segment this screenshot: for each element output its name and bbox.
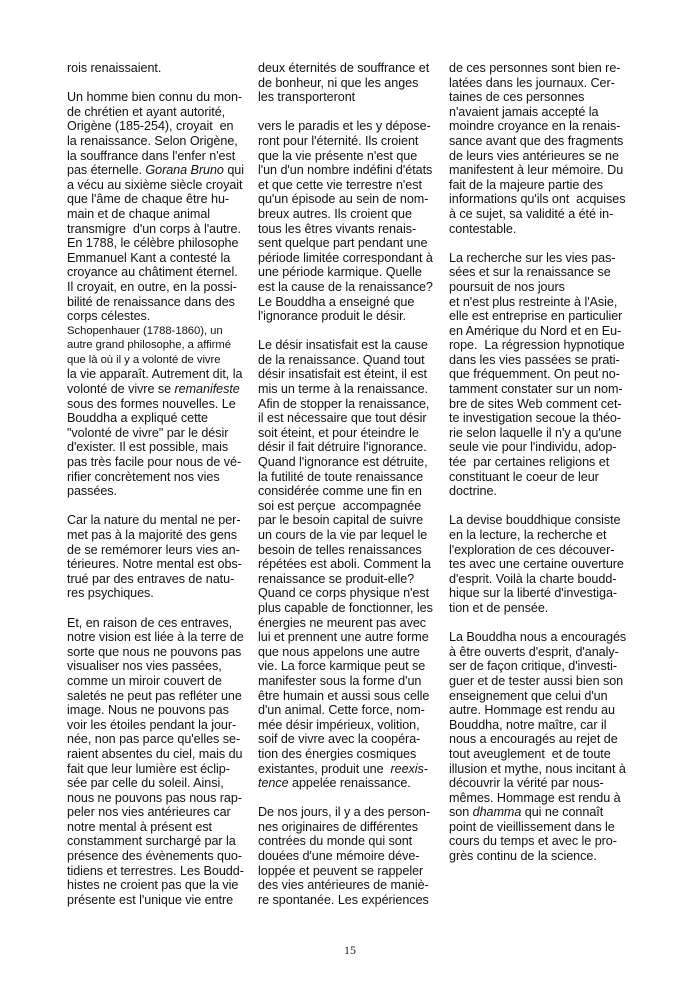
text-line: tidiens et terrestres. Les Boudd- bbox=[67, 864, 259, 879]
text-line: autre grand philosophe, a affirmé bbox=[67, 338, 259, 353]
text-line: doctrine. bbox=[449, 484, 649, 499]
text-line: désir insatisfait est éteint, il est bbox=[258, 367, 450, 382]
paragraph: Le désir insatisfait est la causede la r… bbox=[258, 338, 450, 790]
text-line: Car la nature du mental ne per- bbox=[67, 513, 259, 528]
text-line: tée par certaines religions et bbox=[449, 455, 649, 470]
text-line: et que cette vie terrestre n'est bbox=[258, 178, 450, 193]
paragraph-gap bbox=[67, 499, 259, 514]
text-line: nous ne pouvons pas nous rap- bbox=[67, 791, 259, 806]
text-line: née, non pas parce qu'elles se- bbox=[67, 732, 259, 747]
text-line: son dhamma qui ne connaît bbox=[449, 805, 649, 820]
paragraph-gap bbox=[258, 105, 450, 120]
text-line: Bouddha a expliqué cette bbox=[67, 411, 259, 426]
text-line: histes ne croient pas que la vie bbox=[67, 878, 259, 893]
text-line: poursuit de nos jours bbox=[449, 280, 649, 295]
text-line: "volonté de vivre" par le désir bbox=[67, 426, 259, 441]
text-line: l'ignorance produit le désir. bbox=[258, 309, 450, 324]
text-line: image. Nous ne pouvons pas bbox=[67, 703, 259, 718]
paragraph: La recherche sur les vies pas-sées et su… bbox=[449, 251, 649, 499]
text-line: plus capable de fonctionner, les bbox=[258, 601, 450, 616]
paragraph-gap bbox=[258, 324, 450, 339]
text-line: besoin de telles renaissances bbox=[258, 543, 450, 558]
text-line: sent quelque part pendant une bbox=[258, 236, 450, 251]
text-line: Le désir insatisfait est la cause bbox=[258, 338, 450, 353]
paragraph: deux éternités de souffrance etde bonheu… bbox=[258, 61, 450, 105]
text-line: hique sur la liberté d'investiga- bbox=[449, 586, 649, 601]
text-line: De nos jours, il y a des person- bbox=[258, 805, 450, 820]
text-line: sorte que nous ne pouvons pas bbox=[67, 645, 259, 660]
text-line: corps célestes. bbox=[67, 309, 259, 324]
text-line: informations qu'ils ont acquises bbox=[449, 192, 649, 207]
text-line: énergies ne meurent pas avec bbox=[258, 616, 450, 631]
text-line: constituant le coeur de leur bbox=[449, 470, 649, 485]
text-line: voir les étoiles pendant la jour- bbox=[67, 718, 259, 733]
text-line: notre mental à présent est bbox=[67, 820, 259, 835]
text-line: en la lecture, la recherche et bbox=[449, 528, 649, 543]
text-line: nous a encouragés au rejet de bbox=[449, 732, 649, 747]
text-line: désir il fait détruire l'ignorance. bbox=[258, 440, 450, 455]
text-line: cours du temps et avec le pro- bbox=[449, 834, 649, 849]
text-line: comme un miroir couvert de bbox=[67, 674, 259, 689]
text-line: re spontanée. Les expériences bbox=[258, 893, 450, 908]
text-line: d'esprit. Voilà la charte boudd- bbox=[449, 572, 649, 587]
italic-term: tence bbox=[258, 776, 289, 790]
text-line: vie. La force karmique peut se bbox=[258, 659, 450, 674]
text-line: main et de chaque animal bbox=[67, 207, 259, 222]
text-line: renaissance se produit-elle? bbox=[258, 572, 450, 587]
text-line: que nous appelons une autre bbox=[258, 645, 450, 660]
text-line: te investigation secoue la théo- bbox=[449, 411, 649, 426]
text-line: enseignement que celui d'un bbox=[449, 689, 649, 704]
text-line: mis un terme à la renaissance. bbox=[258, 382, 450, 397]
text-line: point de vieillissement dans le bbox=[449, 820, 649, 835]
text-line: bre de sites Web comment cet- bbox=[449, 397, 649, 412]
text-line: tion et de pensée. bbox=[449, 601, 649, 616]
text-line: Un homme bien connu du mon- bbox=[67, 90, 259, 105]
text-line: seule vie pour l'individu, adop- bbox=[449, 440, 649, 455]
text-line: en Amérique du Nord et en Eu- bbox=[449, 324, 649, 339]
text-line: met pas à la majorité des gens bbox=[67, 528, 259, 543]
text-line: les transporteront bbox=[258, 90, 450, 105]
text-line: considérée comme une fin en bbox=[258, 484, 450, 499]
italic-term: Gorana Bruno bbox=[145, 163, 224, 177]
text-line: à ce sujet, sa validité a été in- bbox=[449, 207, 649, 222]
text-line: l'exploration de ces découver- bbox=[449, 543, 649, 558]
text-line: passées. bbox=[67, 484, 259, 499]
text-line: saletés ne peut pas refléter une bbox=[67, 689, 259, 704]
text-line: de ces personnes sont bien re- bbox=[449, 61, 649, 76]
text-line: de leurs vies antérieures se ne bbox=[449, 149, 649, 164]
text-line: Quand ce corps physique n'est bbox=[258, 586, 450, 601]
text-line: Emmanuel Kant a contesté la bbox=[67, 251, 259, 266]
paragraph-gap bbox=[258, 791, 450, 806]
paragraph-gap bbox=[449, 236, 649, 251]
paragraph: de ces personnes sont bien re-latées dan… bbox=[449, 61, 649, 236]
text-line: Quand l'ignorance est détruite, bbox=[258, 455, 450, 470]
text-line: de chrétien et ayant autorité, bbox=[67, 105, 259, 120]
text-line: Il croyait, en outre, en la possi- bbox=[67, 280, 259, 295]
paragraph: Car la nature du mental ne per-met pas à… bbox=[67, 513, 259, 601]
text-line: manifestent à leur mémoire. Du bbox=[449, 163, 649, 178]
text-line: contestable. bbox=[449, 222, 649, 237]
paragraph-gap bbox=[67, 601, 259, 616]
text-line: grès continu de la science. bbox=[449, 849, 649, 864]
text-line: être humain et aussi sous celle bbox=[258, 689, 450, 704]
text-line: que la vie présente n'est que bbox=[258, 149, 450, 164]
text-line: de bonheur, ni que les anges bbox=[258, 76, 450, 91]
text-line: contrées du monde qui sont bbox=[258, 834, 450, 849]
text-line: latées dans les journaux. Cer- bbox=[449, 76, 649, 91]
paragraph: Et, en raison de ces entraves,notre visi… bbox=[67, 616, 259, 908]
paragraph-gap bbox=[67, 76, 259, 91]
text-line: fait que leur lumière est éclip- bbox=[67, 762, 259, 777]
text-line: raient absentes du ciel, mais du bbox=[67, 747, 259, 762]
text-line: que là où il y a volonté de vivre bbox=[67, 353, 259, 368]
text-line: présence des évènements quo- bbox=[67, 849, 259, 864]
text-line: notre vision est liée à la terre de bbox=[67, 630, 259, 645]
text-line: n'avaient jamais accepté la bbox=[449, 105, 649, 120]
text-line: taines de ces personnes bbox=[449, 90, 649, 105]
text-line: qu'un épisode au sein de nom- bbox=[258, 192, 450, 207]
text-line: tous les êtres vivants renais- bbox=[258, 222, 450, 237]
text-line: manifester sous la forme d'un bbox=[258, 674, 450, 689]
text-line: volonté de vivre se remanifeste bbox=[67, 382, 259, 397]
italic-term: dhamma bbox=[473, 805, 522, 819]
text-line: En 1788, le célèbre philosophe bbox=[67, 236, 259, 251]
text-line: rie selon laquelle il n'y a qu'une bbox=[449, 426, 649, 441]
text-line: autre. Hommage est rendu au bbox=[449, 703, 649, 718]
text-line: bilité de renaissance dans des bbox=[67, 295, 259, 310]
text-line: une période karmique. Quelle bbox=[258, 265, 450, 280]
text-line: tout aveuglement et de toute bbox=[449, 747, 649, 762]
text-line: pas éternelle. Gorana Bruno qui bbox=[67, 163, 259, 178]
page-number: 15 bbox=[0, 943, 700, 958]
text-line: loppée et peuvent se rappeler bbox=[258, 864, 450, 879]
text-line: sous des formes nouvelles. Le bbox=[67, 397, 259, 412]
text-line: La Bouddha nous a encouragés bbox=[449, 630, 649, 645]
text-line: d'exister. Il est possible, mais bbox=[67, 440, 259, 455]
text-line: transmigre d'un corps à l'autre. bbox=[67, 222, 259, 237]
text-line: découvrir la vérité par nous- bbox=[449, 776, 649, 791]
text-line: rope. La régression hypnotique bbox=[449, 338, 649, 353]
text-column-right: de ces personnes sont bien re-latées dan… bbox=[449, 61, 649, 864]
text-line: sées et sur la renaissance se bbox=[449, 265, 649, 280]
text-line: breux autres. Ils croient que bbox=[258, 207, 450, 222]
text-line: l'un d'un nombre indéfini d'états bbox=[258, 163, 450, 178]
text-line: Schopenhauer (1788-1860), un bbox=[67, 324, 259, 339]
text-line: la vie apparaît. Autrement dit, la bbox=[67, 367, 259, 382]
text-line: Afin de stopper la renaissance, bbox=[258, 397, 450, 412]
italic-term: reexis- bbox=[390, 762, 427, 776]
text-line: rifier concrètement nos vies bbox=[67, 470, 259, 485]
text-line: lui et prennent une autre forme bbox=[258, 630, 450, 645]
text-line: sance avant que des fragments bbox=[449, 134, 649, 149]
paragraph: De nos jours, il y a des person-nes orig… bbox=[258, 805, 450, 907]
paragraph: vers le paradis et les y dépose-ront pou… bbox=[258, 119, 450, 323]
text-line: mée désir impérieux, volition, bbox=[258, 718, 450, 733]
text-line: des vies antérieures de maniè- bbox=[258, 878, 450, 893]
text-line: Et, en raison de ces entraves, bbox=[67, 616, 259, 631]
text-column-left: rois renaissaient.Un homme bien connu du… bbox=[67, 61, 259, 907]
text-line: de se remémorer leurs vies an- bbox=[67, 543, 259, 558]
text-line: Origène (185-254), croyait en bbox=[67, 119, 259, 134]
text-line: La devise bouddhique consiste bbox=[449, 513, 649, 528]
text-line: rois renaissaient. bbox=[67, 61, 259, 76]
text-line: par le besoin capital de suivre bbox=[258, 513, 450, 528]
text-line: soif de vivre avec la coopéra- bbox=[258, 732, 450, 747]
paragraph: La Bouddha nous a encouragésà être ouver… bbox=[449, 630, 649, 864]
text-line: à être ouverts d'esprit, d'analy- bbox=[449, 645, 649, 660]
text-line: il est nécessaire que tout désir bbox=[258, 411, 450, 426]
text-line: Le Bouddha a enseigné que bbox=[258, 295, 450, 310]
text-line: dans les vies passées se prati- bbox=[449, 353, 649, 368]
text-line: tamment constater sur un nom- bbox=[449, 382, 649, 397]
text-column-middle: deux éternités de souffrance etde bonheu… bbox=[258, 61, 450, 907]
text-line: a vécu au sixième siècle croyait bbox=[67, 178, 259, 193]
text-line: tion des énergies cosmiques bbox=[258, 747, 450, 762]
text-line: la futilité de toute renaissance bbox=[258, 470, 450, 485]
text-line: répétées est aboli. Comment la bbox=[258, 557, 450, 572]
text-line: res psychiques. bbox=[67, 586, 259, 601]
paragraph: Un homme bien connu du mon-de chrétien e… bbox=[67, 90, 259, 499]
paragraph: La devise bouddhique consisteen la lectu… bbox=[449, 513, 649, 615]
text-line: sée par celle du soleil. Ainsi, bbox=[67, 776, 259, 791]
text-line: est la cause de la renaissance? bbox=[258, 280, 450, 295]
text-line: que l'âme de chaque être hu- bbox=[67, 192, 259, 207]
text-line: que fréquemment. On peut no- bbox=[449, 367, 649, 382]
text-line: tence appelée renaissance. bbox=[258, 776, 450, 791]
text-line: d'un animal. Cette force, nom- bbox=[258, 703, 450, 718]
text-line: vers le paradis et les y dépose- bbox=[258, 119, 450, 134]
text-line: visualiser nos vies passées, bbox=[67, 659, 259, 674]
text-line: tes avec une certaine ouverture bbox=[449, 557, 649, 572]
text-line: et n'est plus restreinte à l'Asie, bbox=[449, 295, 649, 310]
text-line: soi est perçue accompagnée bbox=[258, 499, 450, 514]
text-line: présente est l'unique vie entre bbox=[67, 893, 259, 908]
text-line: guer et de tester aussi bien son bbox=[449, 674, 649, 689]
text-line: nes originaires de différentes bbox=[258, 820, 450, 835]
text-line: elle est entreprise en particulier bbox=[449, 309, 649, 324]
text-line: moindre croyance en la renais- bbox=[449, 119, 649, 134]
text-line: La recherche sur les vies pas- bbox=[449, 251, 649, 266]
text-line: constamment surchargé par la bbox=[67, 834, 259, 849]
text-line: mêmes. Hommage est rendu à bbox=[449, 791, 649, 806]
text-line: ront pour l'éternité. Ils croient bbox=[258, 134, 450, 149]
text-line: croyance au châtiment éternel. bbox=[67, 265, 259, 280]
text-line: de la renaissance. Quand tout bbox=[258, 353, 450, 368]
text-line: térieures. Notre mental est obs- bbox=[67, 557, 259, 572]
text-line: pas très facile pour nous de vé- bbox=[67, 455, 259, 470]
paragraph: rois renaissaient. bbox=[67, 61, 259, 76]
text-line: la renaissance. Selon Origène, bbox=[67, 134, 259, 149]
text-line: trué par des entraves de natu- bbox=[67, 572, 259, 587]
text-line: la souffrance dans l'enfer n'est bbox=[67, 149, 259, 164]
text-line: existantes, produit une reexis- bbox=[258, 762, 450, 777]
document-page: rois renaissaient.Un homme bien connu du… bbox=[0, 0, 700, 990]
text-line: deux éternités de souffrance et bbox=[258, 61, 450, 76]
text-line: douées d'une mémoire déve- bbox=[258, 849, 450, 864]
text-line: Bouddha, notre maître, car il bbox=[449, 718, 649, 733]
text-line: soit éteint, et pour éteindre le bbox=[258, 426, 450, 441]
text-line: ser de façon critique, d'investi- bbox=[449, 659, 649, 674]
text-line: période limitée correspondant à bbox=[258, 251, 450, 266]
paragraph-gap bbox=[449, 616, 649, 631]
text-line: peler nos vies antérieures car bbox=[67, 805, 259, 820]
italic-term: remanifeste bbox=[175, 382, 240, 396]
paragraph-gap bbox=[449, 499, 649, 514]
text-line: un cours de la vie par lequel le bbox=[258, 528, 450, 543]
text-line: fait de la majeure partie des bbox=[449, 178, 649, 193]
text-line: illusion et mythe, nous incitant à bbox=[449, 762, 649, 777]
